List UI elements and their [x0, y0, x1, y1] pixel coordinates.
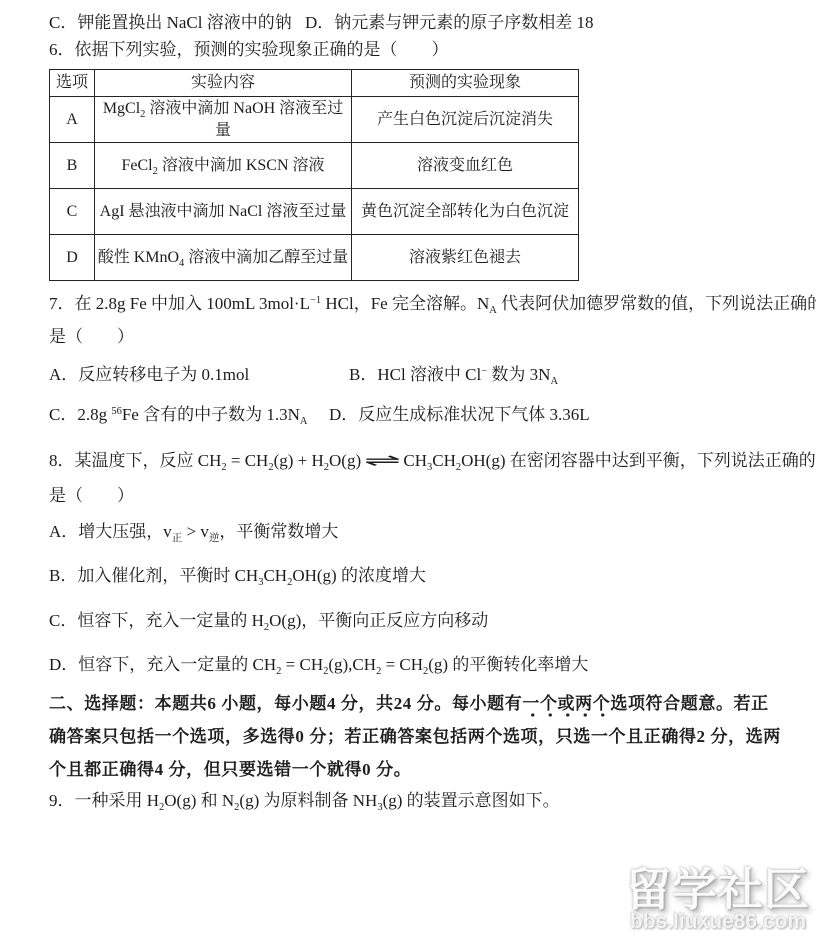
watermark: 留学社区 bbs.liuxue86.com: [626, 867, 810, 934]
question7-option-a: A．反应转移电子为 0.1mol: [49, 364, 349, 386]
table-cell: 黄色沉淀全部转化为白色沉淀: [352, 189, 579, 235]
question5-options-row: C．钾能置换出 NaCl 溶液中的钠 D．钠元素与钾元素的原子序数相差 18: [49, 12, 794, 34]
question7-options-cd: C．2.8g 56Fe 含有的中子数为 1.3NA D．反应生成标准状况下气体 …: [49, 404, 794, 426]
section2-heading-line1: 二、选择题：本题共6 小题，每小题4 分，共24 分。每小题有一个或两个选项符合…: [49, 693, 794, 715]
table-cell: FeCl2 溶液中滴加 KSCN 溶液: [95, 143, 352, 189]
table-row-a: A MgCl2 溶液中滴加 NaOH 溶液至过量 产生白色沉淀后沉淀消失: [50, 97, 579, 143]
question9-stem: 9．一种采用 H2O(g) 和 N2(g) 为原料制备 NH3(g) 的装置示意…: [49, 790, 794, 812]
watermark-site-url: bbs.liuxue86.com: [626, 910, 810, 934]
question7-stem-line1: 7．在 2.8g Fe 中加入 100mL 3mol·L−1 HCl，Fe 完全…: [49, 293, 794, 315]
table-row-d: D 酸性 KMnO4 溶液中滴加乙醇至过量 溶液紫红色褪去: [50, 235, 579, 281]
section2-heading-line3: 个且都正确得4 分，但只要选错一个就得0 分。: [49, 759, 794, 781]
question6-stem: 6．依据下列实验，预测的实验现象正确的是（ ）: [49, 39, 794, 61]
table-cell: B: [50, 143, 95, 189]
question8-option-c: C．恒容下，充入一定量的 H2O(g)，平衡向正反应方向移动: [49, 610, 794, 632]
table-cell: AgI 悬浊液中滴加 NaCl 溶液至过量: [95, 189, 352, 235]
question8-option-b: B．加入催化剂，平衡时 CH3CH2OH(g) 的浓度增大: [49, 565, 794, 587]
question8-stem-line2: 是（ ）: [49, 485, 794, 507]
question7-option-c: C．2.8g 56Fe 含有的中子数为 1.3NA: [49, 404, 329, 426]
question6-experiment-table: 选项 实验内容 预测的实验现象 A MgCl2 溶液中滴加 NaOH 溶液至过量…: [49, 69, 579, 281]
question7-option-b: B．HCl 溶液中 Cl− 数为 3NA: [349, 364, 558, 386]
table-cell: 产生白色沉淀后沉淀消失: [352, 97, 579, 143]
table-cell: C: [50, 189, 95, 235]
question7-option-d: D．反应生成标准状况下气体 3.36L: [329, 404, 590, 426]
exam-content: C．钾能置换出 NaCl 溶液中的钠 D．钠元素与钾元素的原子序数相差 18 6…: [49, 10, 794, 812]
table-cell: A: [50, 97, 95, 143]
table-cell: 溶液变血红色: [352, 143, 579, 189]
question7-options-ab: A．反应转移电子为 0.1mol B．HCl 溶液中 Cl− 数为 3NA: [49, 364, 794, 386]
question5-option-d: D．钠元素与钾元素的原子序数相差 18: [305, 12, 594, 34]
question8-option-d: D．恒容下，充入一定量的 CH2 = CH2(g),CH2 = CH2(g) 的…: [49, 654, 794, 676]
table-header-option: 选项: [50, 70, 95, 97]
table-header-prediction: 预测的实验现象: [352, 70, 579, 97]
section2-heading-line2: 确答案只包括一个选项，多选得0 分；若正确答案包括两个选项，只选一个且正确得2 …: [49, 726, 794, 748]
table-header-experiment: 实验内容: [95, 70, 352, 97]
table-cell: 酸性 KMnO4 溶液中滴加乙醇至过量: [95, 235, 352, 281]
question5-option-c: C．钾能置换出 NaCl 溶液中的钠: [49, 12, 305, 34]
table-header-row: 选项 实验内容 预测的实验现象: [50, 70, 579, 97]
watermark-logo-text: 留学社区: [626, 867, 810, 912]
table-cell: MgCl2 溶液中滴加 NaOH 溶液至过量: [95, 97, 352, 143]
table-cell: D: [50, 235, 95, 281]
question7-stem-line2: 是（ ）: [49, 326, 794, 348]
exam-paper-page: C．钾能置换出 NaCl 溶液中的钠 D．钠元素与钾元素的原子序数相差 18 6…: [0, 0, 816, 936]
question8-stem-line1: 8．某温度下，反应 CH2 = CH2(g) + H2O(g)⇌CH3CH2OH…: [49, 450, 794, 472]
question8-option-a: A．增大压强，v正 > v逆，平衡常数增大: [49, 521, 794, 543]
table-row-c: C AgI 悬浊液中滴加 NaCl 溶液至过量 黄色沉淀全部转化为白色沉淀: [50, 189, 579, 235]
table-row-b: B FeCl2 溶液中滴加 KSCN 溶液 溶液变血红色: [50, 143, 579, 189]
table-cell: 溶液紫红色褪去: [352, 235, 579, 281]
